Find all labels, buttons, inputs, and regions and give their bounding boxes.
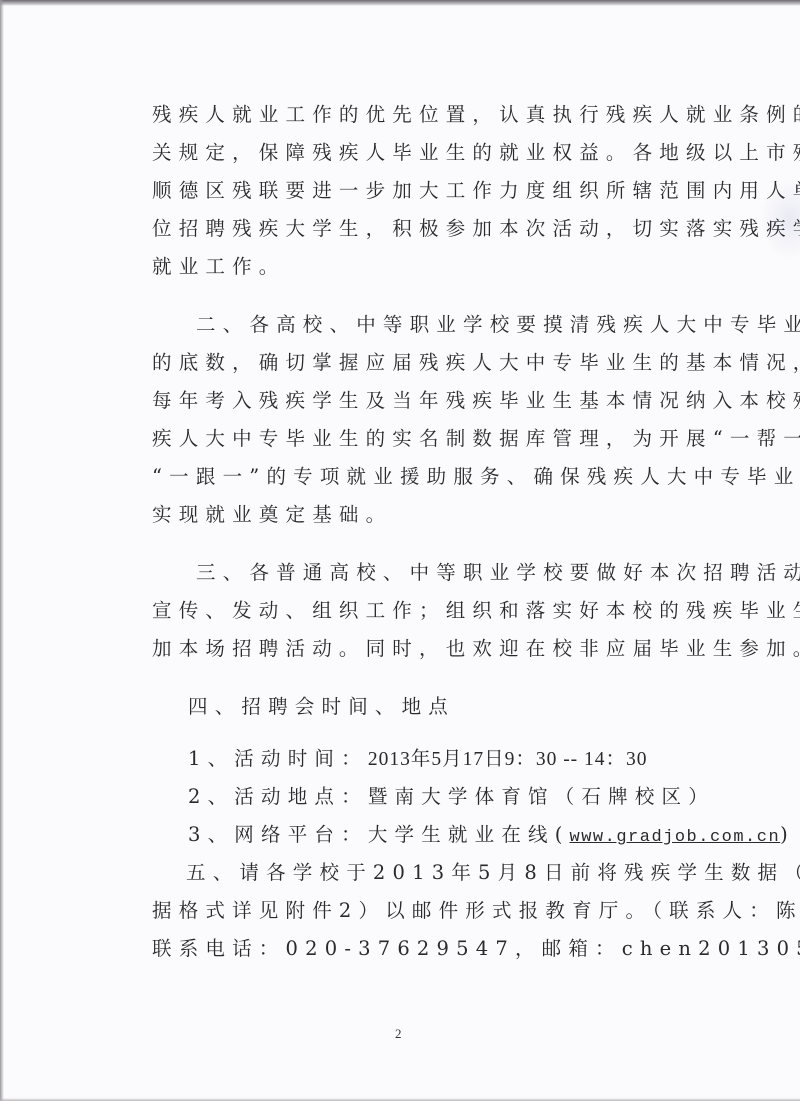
text-line: 位招聘残疾大学生，积极参加本次活动，切实落实残疾学生 [152, 210, 700, 248]
event-location-item: 2、活动地点：暨南大学体育馆（石牌校区） [152, 778, 700, 816]
text-line: 三、各普通高校、中等职业学校要做好本次招聘活动的 [152, 554, 700, 592]
text-line: 残疾人就业工作的优先位置，认真执行残疾人就业条例的有 [152, 96, 700, 134]
paragraph-gap [152, 668, 700, 688]
section-5: 五、请各学校于2013年5月8日前将残疾学生数据（数 据格式详见附件2）以邮件形… [152, 854, 700, 968]
text-line: 就业工作。 [152, 248, 700, 286]
platform-url-link[interactable]: www.gradjob.com.cn [570, 828, 781, 847]
item-label: 1、活动时间： [188, 747, 368, 770]
paragraph-gap [152, 726, 700, 740]
contact-line: 联系电话：020-37629547，邮箱：chen20130517@126.co… [152, 930, 700, 968]
text-line: 五、请各学校于2013年5月8日前将残疾学生数据（数 [152, 854, 700, 892]
section-2: 二、各高校、中等职业学校要摸清残疾人大中专毕业生 的底数，确切掌握应届残疾人大中… [152, 306, 700, 534]
paragraph-gap [152, 534, 700, 554]
item-label: 2、活动地点： [188, 785, 368, 808]
text-line: 据格式详见附件2）以邮件形式报教育厅。（联系人：陈晓蓝， [152, 892, 700, 930]
text-line: 顺德区残联要进一步加大工作力度组织所辖范围内用人单 [152, 172, 700, 210]
scan-edge-left [0, 0, 4, 1101]
paragraph-gap [152, 286, 700, 306]
text-line: 关规定，保障残疾人毕业生的就业权益。各地级以上市残联、 [152, 134, 700, 172]
section-3: 三、各普通高校、中等职业学校要做好本次招聘活动的 宣传、发动、组织工作；组织和落… [152, 554, 700, 668]
page-number: 2 [395, 1026, 402, 1042]
item-label: 3、网络平台： [188, 823, 368, 846]
event-time-item: 1、活动时间：2013年5月17日9：30 -- 14：30 [152, 740, 700, 778]
platform-close-paren: ) [780, 823, 795, 846]
section-heading: 四、招聘会时间、地点 [152, 688, 700, 726]
event-time-value: 2013年5月17日9：30 -- 14：30 [368, 749, 648, 770]
event-location-value: 暨南大学体育馆（石牌校区） [368, 785, 715, 808]
text-line: 疾人大中专毕业生的实名制数据库管理，为开展“一帮一”、 [152, 420, 700, 458]
document-body: 残疾人就业工作的优先位置，认真执行残疾人就业条例的有 关规定，保障残疾人毕业生的… [152, 96, 700, 968]
text-line: “一跟一”的专项就业援助服务、确保残疾人大中专毕业生 [152, 458, 700, 496]
text-line: 的底数，确切掌握应届残疾人大中专毕业生的基本情况，将 [152, 344, 700, 382]
text-line: 实现就业奠定基础。 [152, 496, 700, 534]
text-line: 加本场招聘活动。同时，也欢迎在校非应届毕业生参加。 [152, 630, 700, 668]
text-line: 二、各高校、中等职业学校要摸清残疾人大中专毕业生 [152, 306, 700, 344]
section-4: 四、招聘会时间、地点 1、活动时间：2013年5月17日9：30 -- 14：3… [152, 688, 700, 854]
paragraph-continuation: 残疾人就业工作的优先位置，认真执行残疾人就业条例的有 关规定，保障残疾人毕业生的… [152, 96, 700, 286]
text-line: 宣传、发动、组织工作；组织和落实好本校的残疾毕业生参 [152, 592, 700, 630]
online-platform-item: 3、网络平台：大学生就业在线(www.gradjob.com.cn) [152, 816, 700, 854]
text-line: 每年考入残疾学生及当年残疾毕业生基本情况纳入本校残 [152, 382, 700, 420]
platform-name: 大学生就业在线( [368, 823, 570, 846]
scan-edge-top [0, 0, 800, 6]
